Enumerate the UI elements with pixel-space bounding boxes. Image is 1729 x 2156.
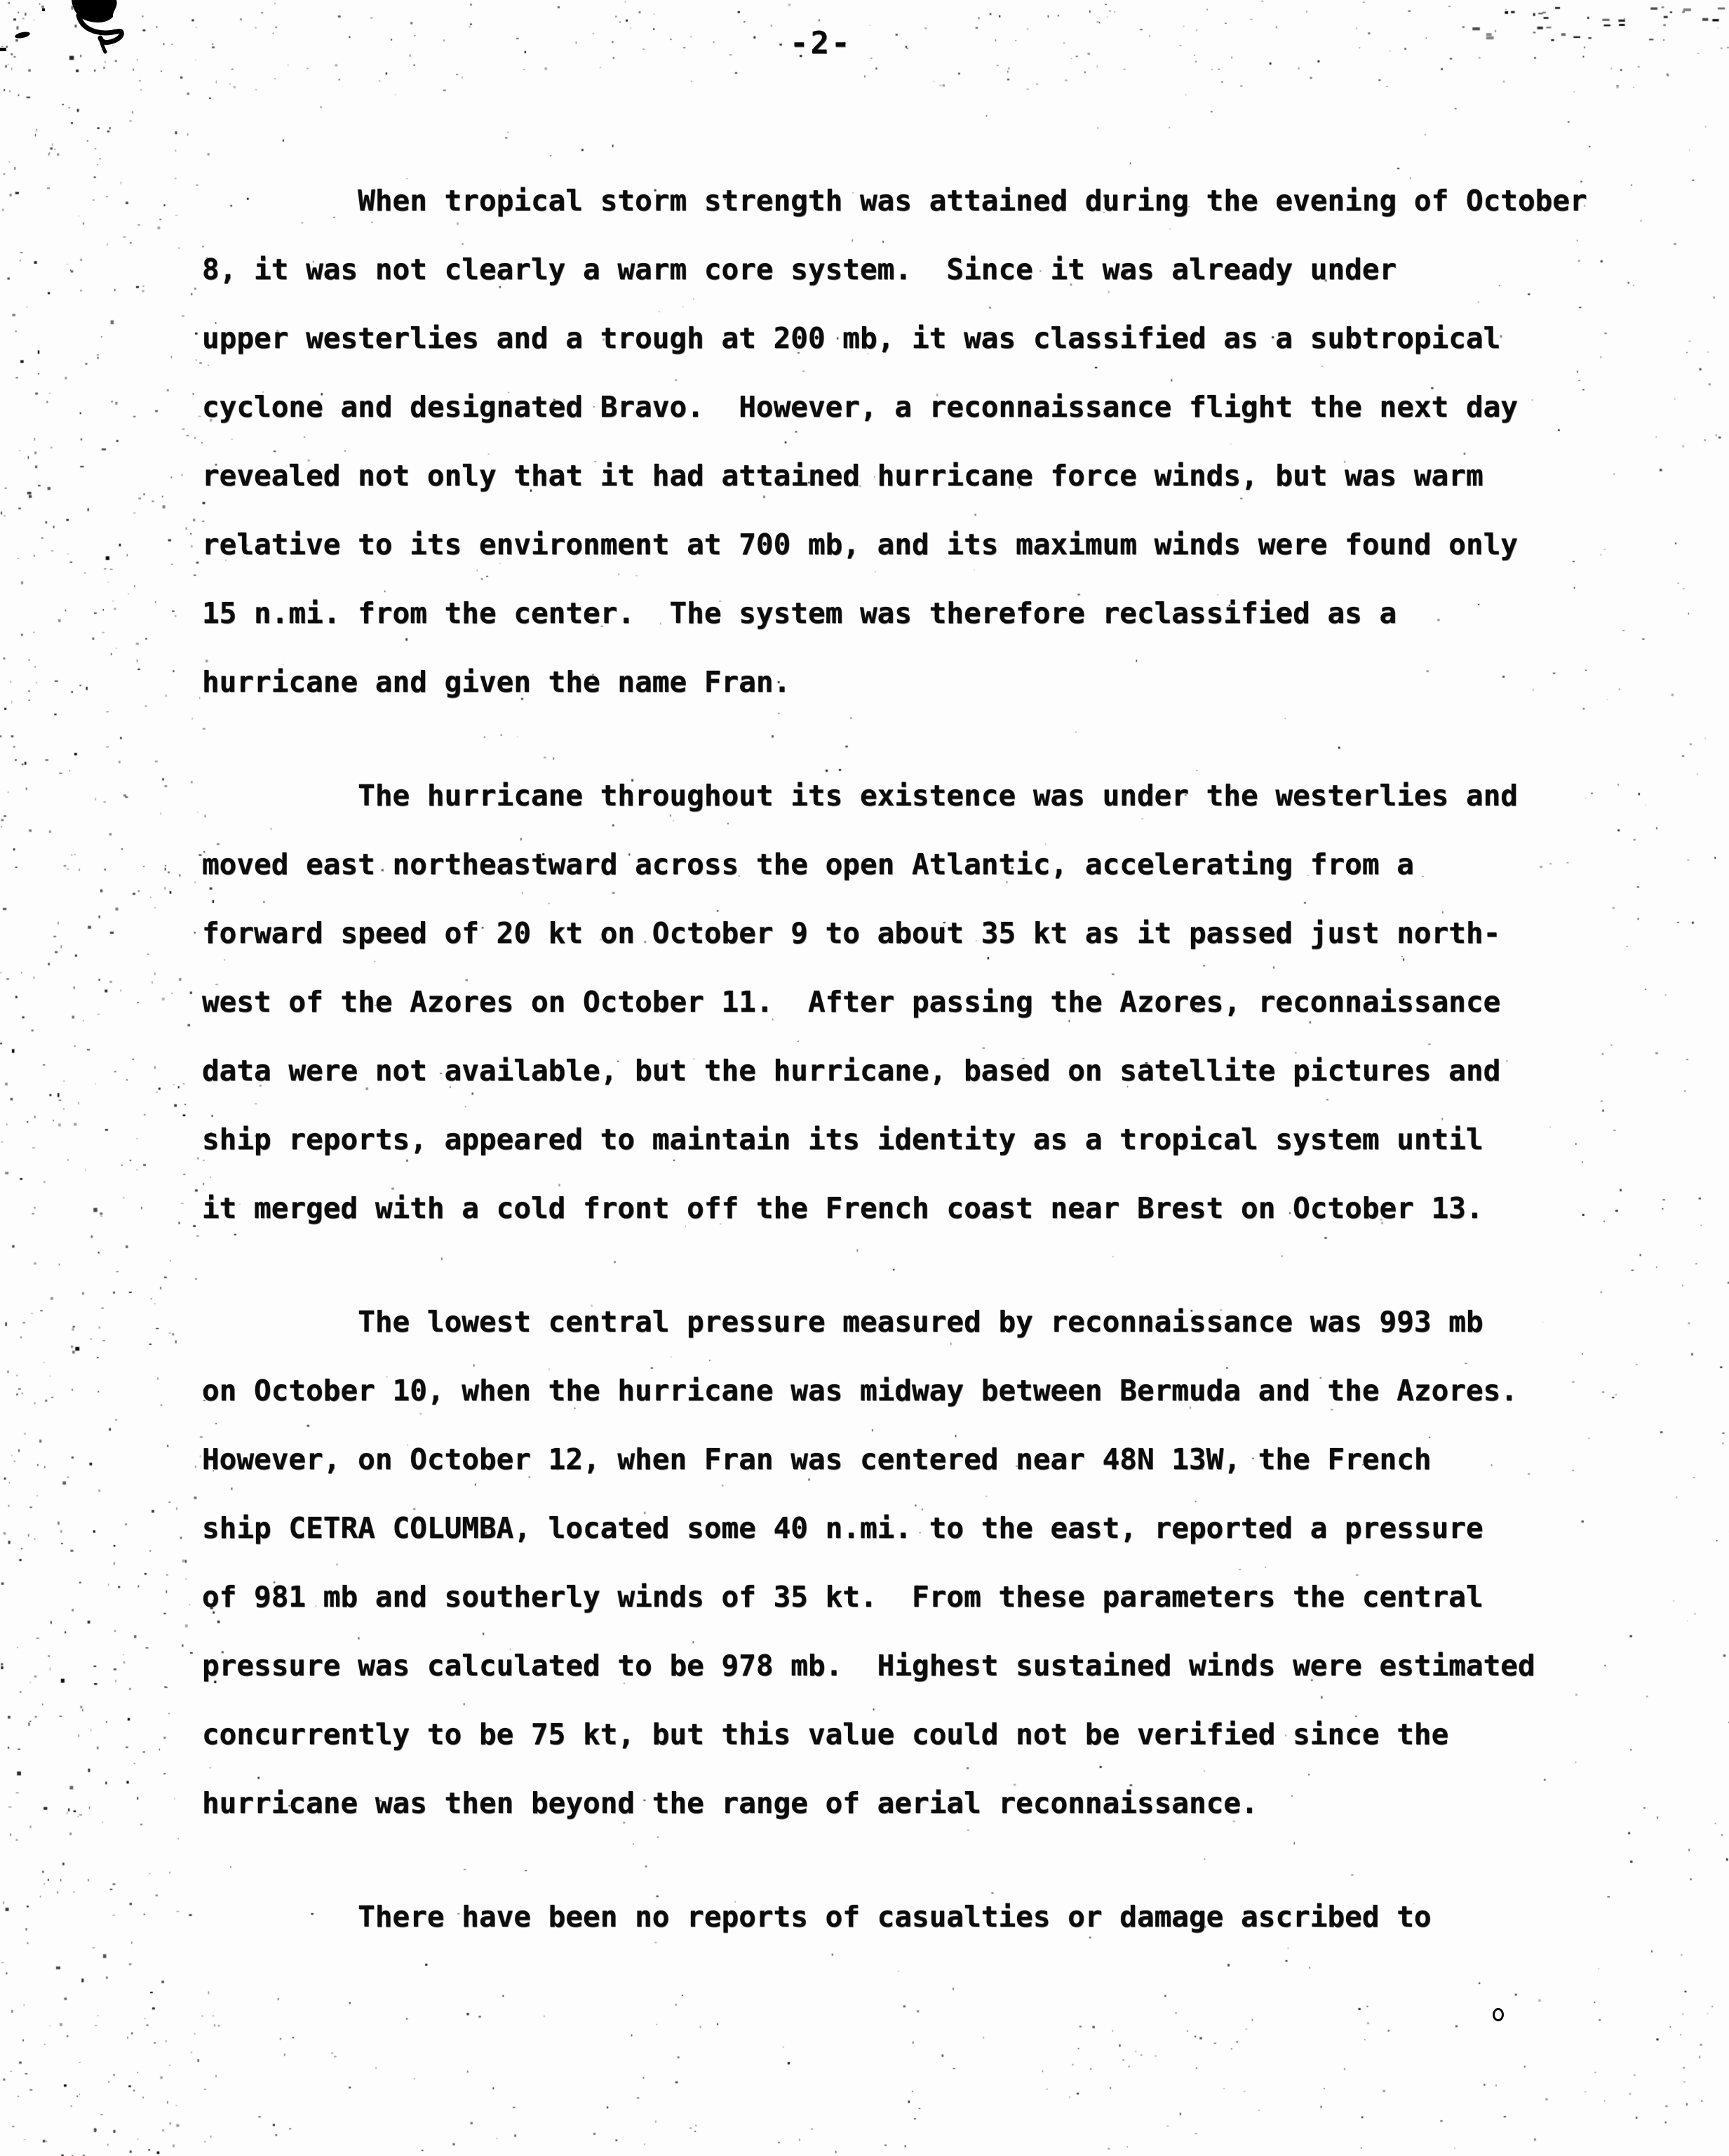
- paragraph-3: The lowest central pressure measured by …: [202, 1287, 1605, 1837]
- page-number: -2-: [790, 28, 852, 59]
- document-body: When tropical storm strength was attaine…: [202, 166, 1605, 1996]
- paragraph-1: When tropical storm strength was attaine…: [202, 166, 1605, 716]
- scanned-page: -2- When tropical storm strength was att…: [0, 0, 1729, 2156]
- ink-blot-icon: [0, 0, 182, 91]
- stray-ink-mark: [1493, 2008, 1504, 2021]
- paragraph-4: There have been no reports of casualties…: [202, 1882, 1605, 1951]
- paragraph-2: The hurricane throughout its existence w…: [202, 761, 1605, 1243]
